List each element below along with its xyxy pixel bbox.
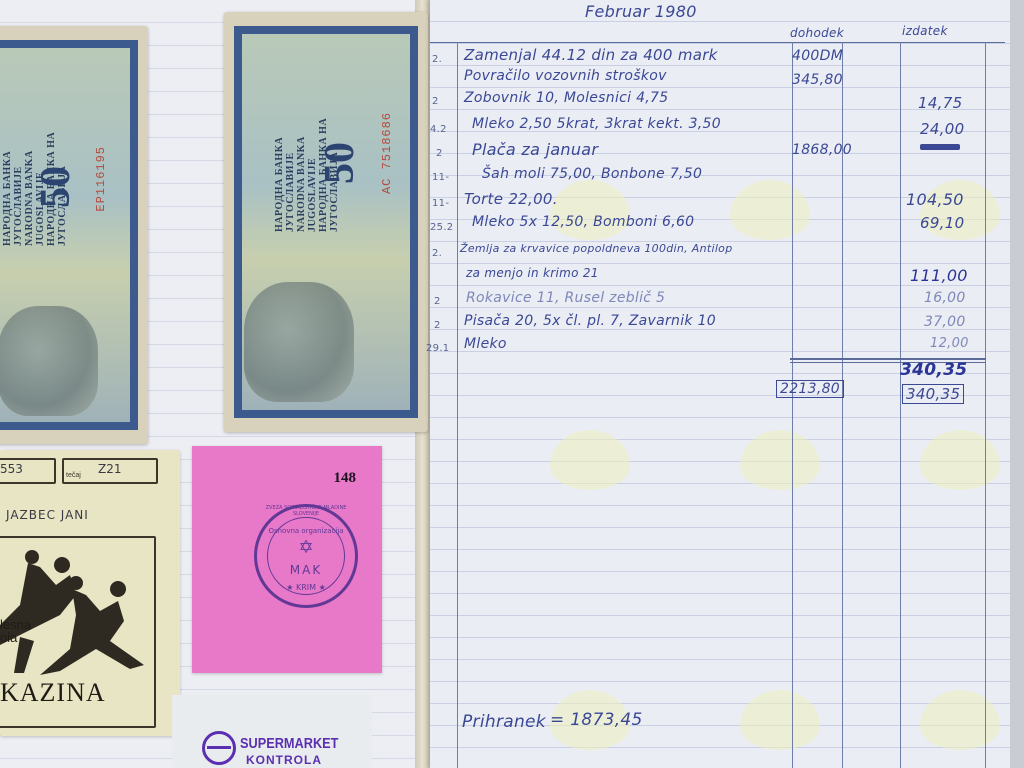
stamp-center-text: MAK: [257, 563, 355, 577]
supermarket-logo-icon: [202, 731, 236, 765]
ticket-number: 148: [334, 470, 357, 487]
watermark-leaf: [920, 690, 1000, 750]
banknote-50-dinar-1: НАРОДНА БАНКА ЈУГОСЛАВИЈЕ NARODNA BANKA …: [0, 26, 148, 444]
banknote-denomination: 50: [316, 142, 364, 184]
slip-subtitle: KONTROLA: [246, 753, 322, 767]
watermark-leaf: [550, 430, 630, 490]
watermark-leaf: [920, 430, 1000, 490]
pink-entry-ticket: 148 ZVEZA SOCIALISTIČNE MLADINE SLOVENIJ…: [192, 446, 382, 673]
star-icon: ✡: [257, 537, 355, 558]
column-rule-date: [457, 42, 458, 768]
stamp-org-text: Osnovna organizacija: [257, 527, 355, 535]
dance-school-ticket: 553 tečaj Z21 JAZBEC JANI lesna ola KAZI…: [0, 450, 180, 736]
banknote-serial: AC 7518686: [380, 112, 394, 194]
ticket-course-label: tečaj: [66, 472, 81, 479]
stamp-bottom-text: ★ KRIM ★: [257, 583, 355, 592]
organization-stamp: ZVEZA SOCIALISTIČNE MLADINE SLOVENIJE Os…: [254, 504, 358, 608]
income-total: 2213,80: [776, 380, 844, 398]
income-column-header: dohodek: [790, 26, 844, 40]
banknote-portrait: [0, 306, 98, 416]
savings-label: Prihranek: [462, 712, 546, 732]
background-fabric: [1010, 0, 1024, 768]
expense-total: 340,35: [902, 384, 964, 404]
banknote-50-dinar-2: НАРОДНА БАНКА ЈУГОСЛАВИЈЕ NARODNA BANKA …: [224, 12, 428, 432]
ticket-school-name: lesna ola: [0, 618, 31, 644]
column-rule-expense-left: [900, 42, 901, 768]
header-rule: [430, 42, 1005, 43]
ledger-page: Februar 1980 dohodek izdatek 2. Zamenjal…: [430, 0, 1010, 768]
savings-value: = 1873,45: [550, 710, 643, 730]
ticket-title: KAZINA: [0, 678, 106, 708]
banknote-denomination: 50: [32, 166, 80, 208]
ticket-number: 553: [0, 462, 23, 476]
banknote-serial: EP116195: [94, 146, 108, 212]
crossed-out-value: [920, 144, 960, 150]
stamp-ring-text: ZVEZA SOCIALISTIČNE MLADINE SLOVENIJE: [257, 505, 355, 517]
column-rule-expense-right: [985, 42, 986, 768]
banknote-portrait: [244, 282, 354, 402]
dancing-couple-icon: [0, 545, 150, 685]
watermark-leaf: [740, 430, 820, 490]
slip-title: SUPERMARKET: [240, 735, 338, 752]
expense-column-header: izdatek: [902, 24, 948, 38]
supermarket-control-slip: SUPERMARKET KONTROLA: [172, 695, 372, 768]
expense-subtotal: 340,35: [900, 360, 967, 380]
watermark-leaf: [550, 180, 630, 240]
ticket-holder-name: JAZBEC JANI: [6, 508, 89, 522]
ledger-month-title: Februar 1980: [585, 2, 697, 21]
ticket-course-value: Z21: [98, 462, 122, 476]
watermark-leaf: [740, 690, 820, 750]
watermark-leaf: [730, 180, 810, 240]
